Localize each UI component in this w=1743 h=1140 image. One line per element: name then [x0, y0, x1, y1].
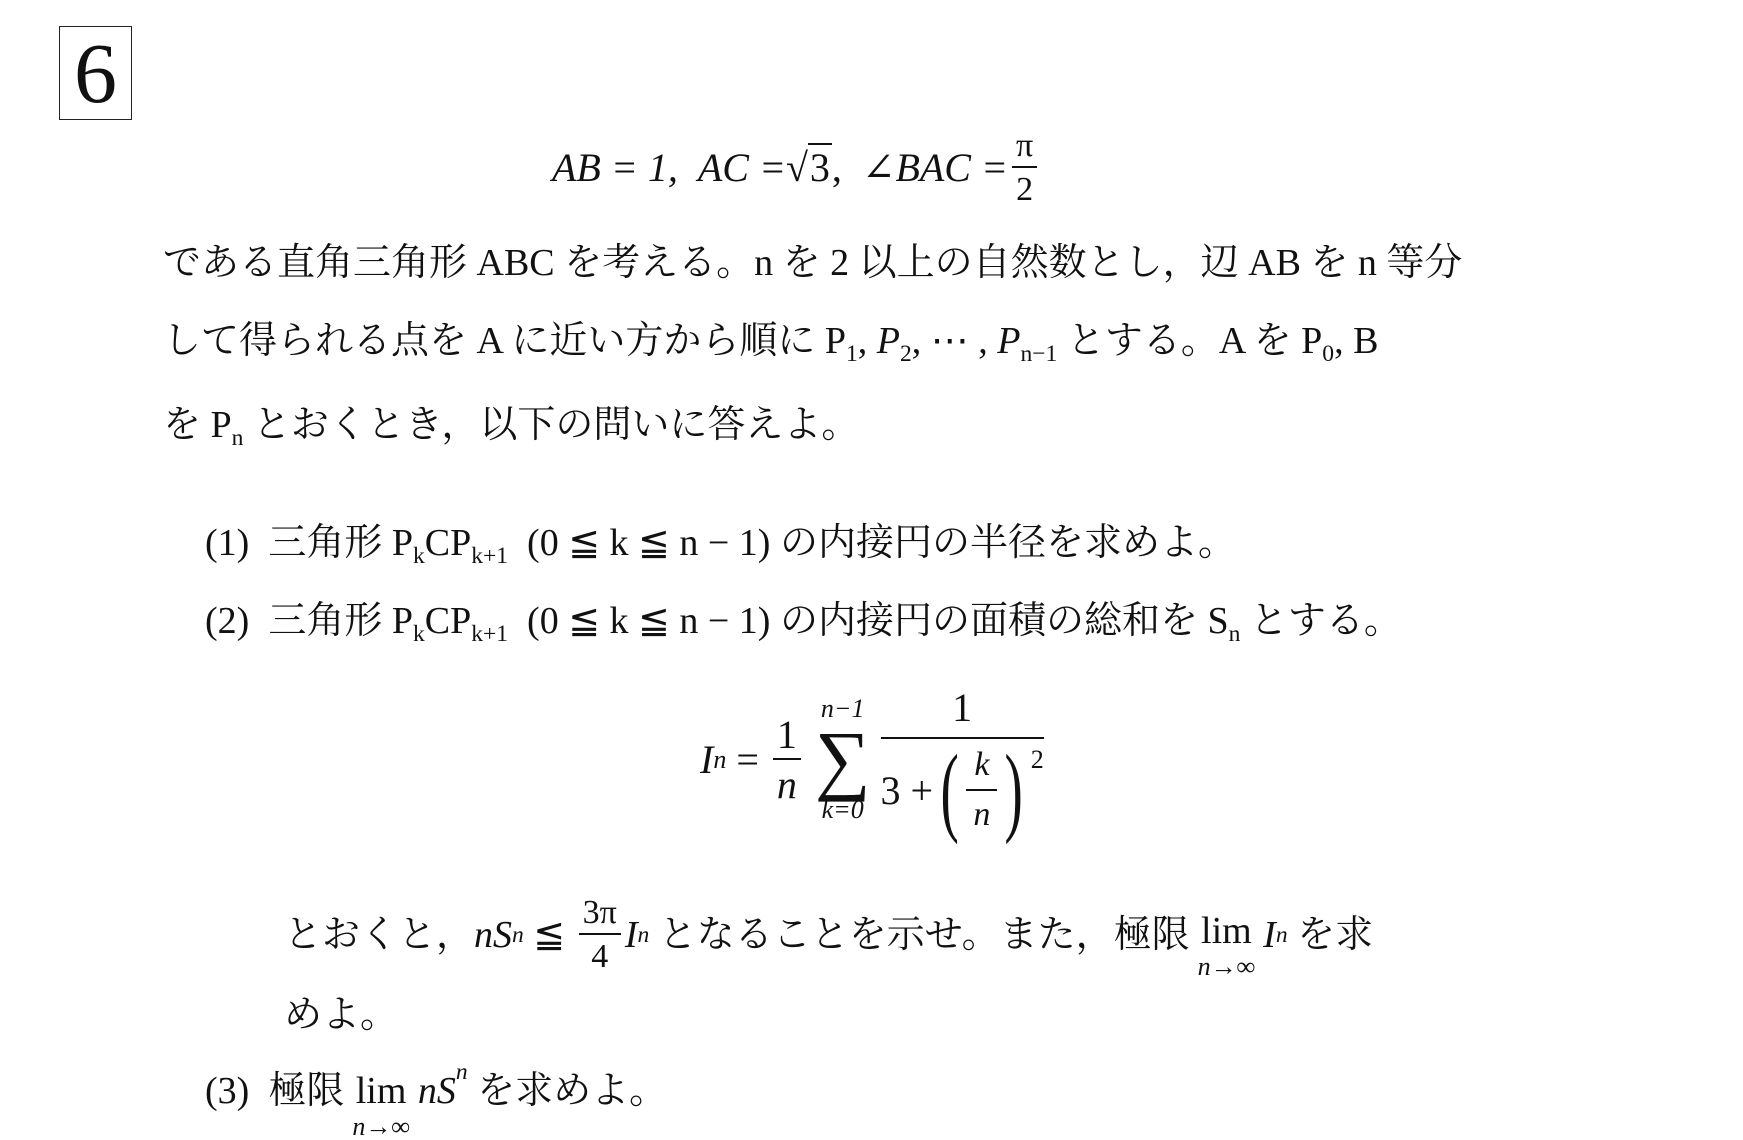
angle-fraction: π 2 [1012, 128, 1037, 207]
question-2: (2) 三角形 PkCPk+1 (0 ≦ k ≦ n − 1) の内接円の面積の… [205, 602, 1402, 640]
limit: lim n→∞ [352, 1072, 410, 1140]
coefficient-fraction: 1 n [773, 714, 801, 806]
problem-number: 6 [74, 30, 117, 116]
intro-line-2: して得られる点を A に近い方から順に P1, P2, ⋯ , Pn−1 とする… [163, 322, 1378, 360]
question-1: (1) 三角形 PkCPk+1 (0 ≦ k ≦ n − 1) の内接円の半径を… [205, 524, 1236, 562]
intro-line-1: である直角三角形 ABC を考える。n を 2 以上の自然数とし，辺 AB を … [163, 244, 1462, 282]
question-2-follow-end: めよ。 [284, 996, 398, 1034]
sigma-icon: n−1 ∑ k=0 [815, 694, 871, 824]
question-label: (3) [205, 1072, 249, 1110]
sum-formula: In = 1 n n−1 ∑ k=0 1 3 + ( k n ) 2 [700, 684, 1044, 835]
intro-line-3: を Pn とおくとき，以下の問いに答えよ。 [163, 406, 859, 444]
sqrt: √3 [786, 148, 832, 188]
given-angle-lhs: ∠BAC = [862, 148, 1008, 188]
given-ac-lhs: AC = [698, 148, 786, 188]
limit: lim n→∞ [1198, 912, 1256, 980]
given-conditions: AB = 1, AC = √3 , ∠BAC = π 2 [552, 128, 1041, 207]
question-2-follow: とおくと， nSn ≦ 3π 4 In となることを示せ。また，極限 lim n… [284, 890, 1373, 980]
given-ab: AB = 1, [552, 148, 678, 188]
term-fraction: 1 3 + ( k n ) 2 [881, 684, 1044, 835]
question-label: (2) [205, 600, 249, 642]
question-label: (1) [205, 522, 249, 564]
question-3: (3) 極限 lim n→∞ nSn を求めよ。 [205, 1072, 667, 1140]
problem-number-box: 6 [59, 26, 132, 120]
